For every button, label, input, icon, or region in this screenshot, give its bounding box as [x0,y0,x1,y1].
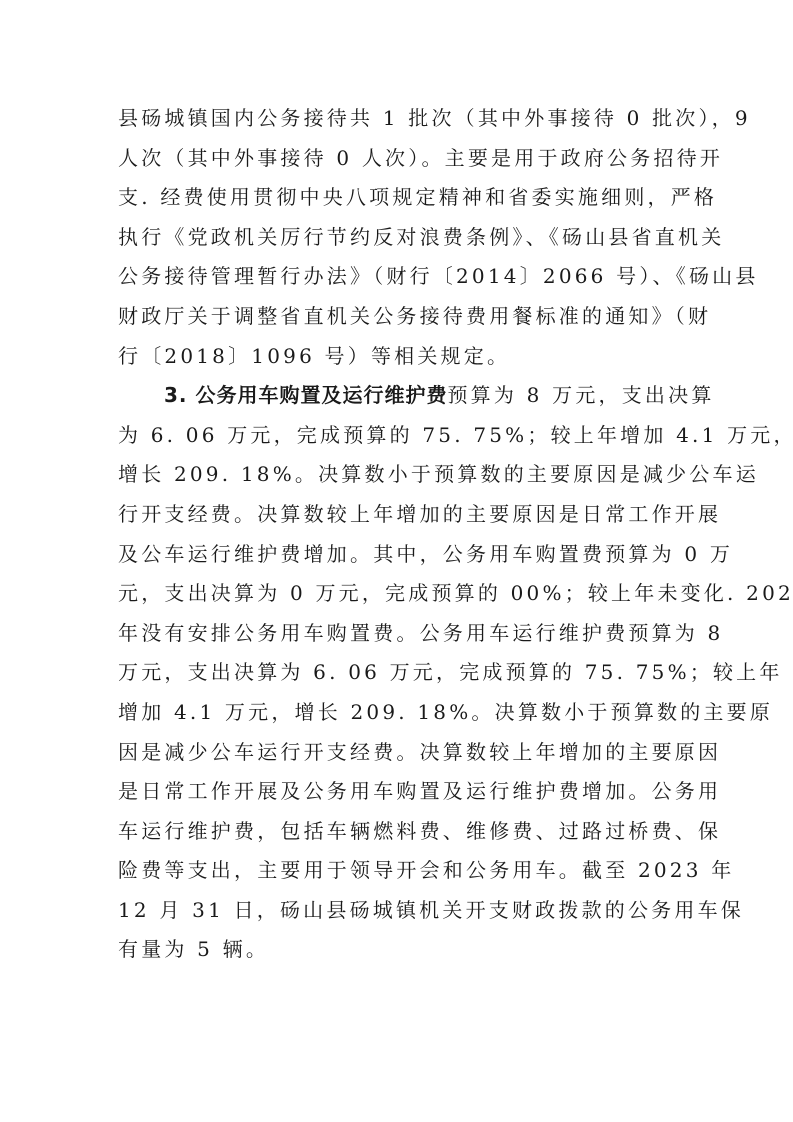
text-line: 为 6. 06 万元，完成预算的 75. 75%；较上年增加 4.1 万元， [118,416,678,456]
paragraph-official-reception: 县砀城镇国内公务接待共 1 批次（其中外事接待 0 批次），9 人次（其中外事接… [118,99,678,376]
text-line: 行开支经费。决算数较上年增加的主要原因是日常工作开展 [118,495,678,535]
text-line-first-rest: 预算为 8 万元，支出决算 [447,383,714,407]
text-line: 及公车运行维护费增加。其中，公务用车购置费预算为 0 万 [118,535,678,575]
text-line: 因是减少公车运行开支经费。决算数较上年增加的主要原因 [118,733,678,773]
section-heading: 3. 公务用车购置及运行维护费 [164,383,447,407]
text-line-first: 3. 公务用车购置及运行维护费预算为 8 万元，支出决算 [118,376,678,416]
text-line: 是日常工作开展及公务用车购置及运行维护费增加。公务用 [118,772,678,812]
document-page: 县砀城镇国内公务接待共 1 批次（其中外事接待 0 批次），9 人次（其中外事接… [118,99,678,970]
text-line: 人次（其中外事接待 0 人次）。主要是用于政府公务招待开 [118,139,678,179]
text-line: 支. 经费使用贯彻中央八项规定精神和省委实施细则，严格 [118,178,678,218]
text-line: 执行《党政机关厉行节约反对浪费条例》、《砀山县省直机关 [118,218,678,258]
text-line: 公务接待管理暂行办法》（财行〔2014〕2066 号）、《砀山县 [118,257,678,297]
paragraph-vehicle-expenses: 3. 公务用车购置及运行维护费预算为 8 万元，支出决算 为 6. 06 万元，… [118,376,678,970]
text-line: 财政厅关于调整省直机关公务接待费用餐标准的通知》（财 [118,297,678,337]
text-line: 险费等支出，主要用于领导开会和公务用车。截至 2023 年 [118,851,678,891]
text-line: 增加 4.1 万元，增长 209. 18%。决算数小于预算数的主要原 [118,693,678,733]
text-line: 12 月 31 日，砀山县砀城镇机关开支财政拨款的公务用车保 [118,891,678,931]
text-line: 元，支出决算为 0 万元，完成预算的 00%；较上年未变化. 2023 [118,574,678,614]
text-line: 县砀城镇国内公务接待共 1 批次（其中外事接待 0 批次），9 [118,99,678,139]
text-line: 万元，支出决算为 6. 06 万元，完成预算的 75. 75%；较上年 [118,653,678,693]
text-line: 增长 209. 18%。决算数小于预算数的主要原因是减少公车运 [118,455,678,495]
text-line: 有量为 5 辆。 [118,930,678,970]
text-line: 车运行维护费，包括车辆燃料费、维修费、过路过桥费、保 [118,812,678,852]
text-line: 年没有安排公务用车购置费。公务用车运行维护费预算为 8 [118,614,678,654]
text-line: 行〔2018〕1096 号）等相关规定。 [118,337,678,377]
